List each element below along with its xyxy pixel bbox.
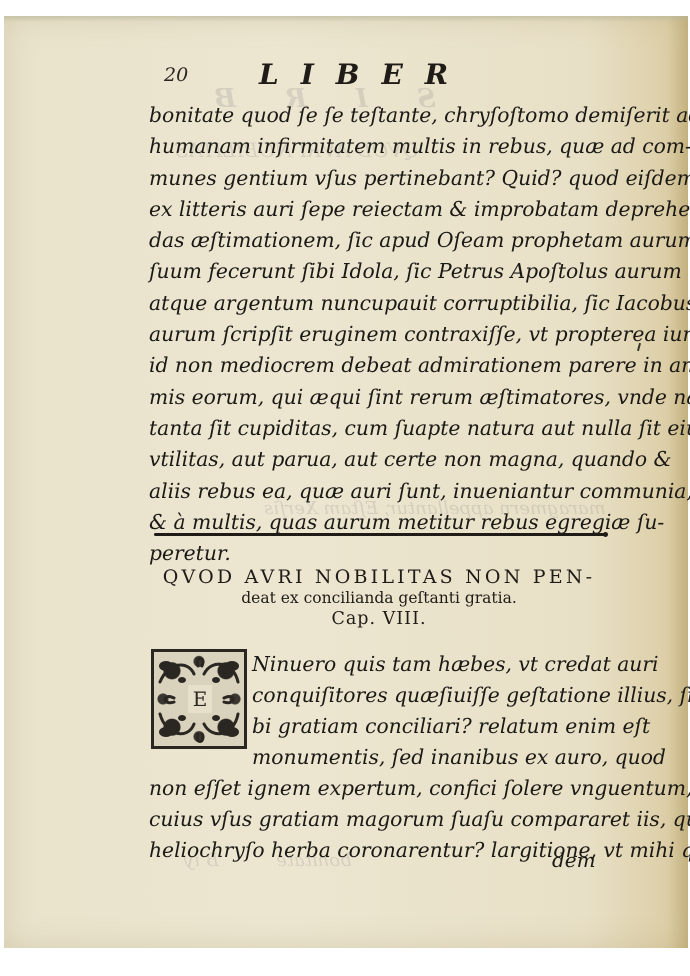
ornamental-dropcap: E (151, 649, 247, 749)
text-line: humanam infirmitatem multis in rebus, qu… (149, 131, 619, 162)
book-page: S I R B QVOD AVRI NOBILITAS maragmern ap… (4, 16, 688, 948)
text-line: munes gentium vſus pertinebant? Quid? qu… (149, 163, 619, 194)
text-line: peretur. (149, 538, 619, 569)
running-title: LIBER (259, 58, 470, 91)
text-line: heliochryſo herba coronarentur? largitio… (149, 835, 619, 866)
text-line: cuius vſus gratiam magorum ſuaſu compara… (149, 804, 619, 835)
text-line: atque argentum nuncupauit corruptibilia,… (149, 288, 619, 319)
text-line: id non mediocrem debeat admirationem par… (149, 350, 619, 381)
chapter-heading: QVOD AVRI NOBILITAS NON PEN- deat ex con… (144, 566, 614, 630)
dropcap-letter: E (188, 685, 212, 713)
text-line: ſuum fecerunt ſibi Idola, ſic Petrus Apo… (149, 256, 619, 287)
chapter-title-rest: deat ex concilianda geſtanti gratia. (144, 588, 614, 608)
text-line: aliis rebus ea, quæ auri ſunt, inueniant… (149, 476, 619, 507)
page-header: 20 LIBER (164, 58, 604, 94)
text-line: aurum ſcripſit eruginem contraxiſſe, vt … (149, 319, 619, 350)
text-line: mis eorum, qui æqui ſint rerum æſtimator… (149, 382, 619, 413)
text-line: vtilitas, aut parua, aut certe non magna… (149, 444, 619, 475)
ink-mark (637, 343, 641, 351)
text-line: non eſſet ignem expertum, confici ſolere… (149, 773, 619, 804)
text-line: bonitate quod ſe ſe teſtante, chryſoſtom… (149, 100, 619, 131)
catchword: dem (552, 848, 596, 872)
page-number: 20 (164, 64, 188, 86)
text-line: tanta ſit cupiditas, cum ſuapte natura a… (149, 413, 619, 444)
body-text-block: bonitate quod ſe ſe teſtante, chryſoſtom… (149, 100, 619, 569)
chapter-title-caps: QVOD AVRI NOBILITAS NON PEN- (144, 566, 614, 588)
text-line: das æſtimationem, ſic apud Oſeam prophet… (149, 225, 619, 256)
text-line: ex litteris auri ſepe reiectam & improba… (149, 194, 619, 225)
section-rule (154, 533, 606, 536)
chapter-number: Cap. VIII. (144, 608, 614, 630)
